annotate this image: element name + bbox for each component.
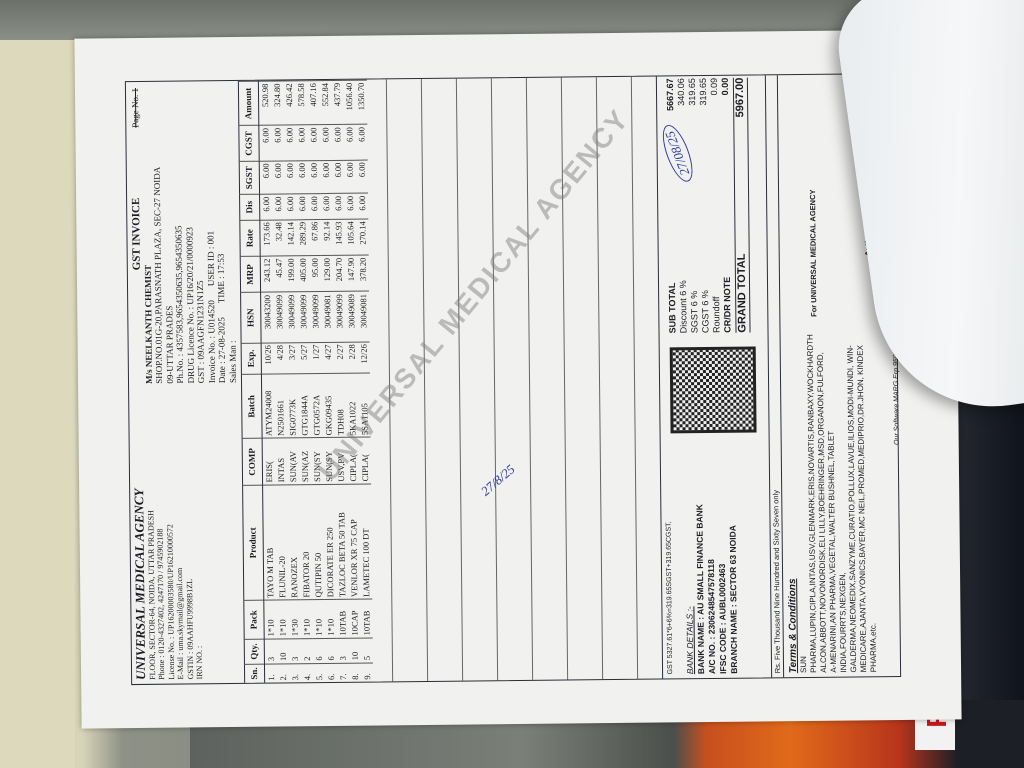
- table-cell: 6.00: [272, 194, 284, 220]
- column-header: MRP: [240, 256, 261, 293]
- column-header: Dis: [239, 194, 260, 220]
- sgst: 319.65: [687, 78, 698, 106]
- table-cell: 173.66: [260, 220, 273, 257]
- table-cell: 10: [277, 639, 289, 664]
- table-cell: 9.: [361, 663, 373, 682]
- user-id: 001: [205, 231, 215, 245]
- table-cell: SUN(AV: [287, 438, 299, 485]
- table-cell: 129.00: [321, 255, 333, 292]
- table-cell: 7.: [337, 663, 349, 682]
- table-cell: 5: [361, 638, 373, 663]
- wall-background: [0, 40, 75, 768]
- table-cell: 6.00: [259, 125, 272, 160]
- amount-in-words: Rs. Five Thousand Nine Hundred and Sixty…: [765, 75, 784, 677]
- table-cell: TAYO M TAB: [263, 485, 277, 601]
- column-header: Exp.: [241, 343, 262, 374]
- table-body: 1.31*10TAYO M TABERIS(ATYM2400810/263004…: [258, 80, 373, 683]
- table-cell: 30049099: [273, 292, 286, 342]
- table-cell: 6.00: [296, 160, 308, 194]
- buyer-block: Page No. 1 GST INVOICE M/s NEELKANTH CHE…: [130, 83, 238, 384]
- table-cell: SIG0773K: [286, 374, 299, 439]
- table-cell: 3.: [289, 663, 301, 682]
- table-cell: 30049099: [297, 292, 310, 342]
- cgst: 319.65: [698, 78, 709, 106]
- invoice-number: U014520: [206, 300, 216, 334]
- table-cell: 6.00: [308, 194, 320, 220]
- table-cell: 1/27: [310, 342, 322, 373]
- table-cell: 92.14: [320, 219, 332, 256]
- invoice-sheet: UNIVERSAL MEDICAL AGENCY FLOOR, SECTOR-6…: [115, 55, 922, 703]
- table-cell: 204.70: [333, 255, 345, 292]
- table-cell: 1*10: [300, 600, 312, 639]
- table-cell: 30049081: [321, 292, 334, 342]
- table-cell: 6.00: [307, 125, 319, 160]
- table-cell: 270.14: [356, 219, 368, 256]
- table-cell: 6.00: [355, 124, 367, 159]
- table-cell: 6.00: [260, 194, 273, 220]
- column-header: CGST: [238, 126, 259, 162]
- table-cell: 199.00: [285, 256, 297, 293]
- table-cell: 6.00: [295, 125, 307, 160]
- table-cell: 2: [301, 638, 313, 663]
- for-company: For UNIVERSAL MEDICAL AGENCY: [808, 189, 818, 316]
- table-cell: 6.: [325, 663, 337, 682]
- table-cell: 578.58: [295, 81, 307, 126]
- table-cell: 8.: [349, 663, 361, 682]
- table-cell: 4/28: [274, 342, 286, 373]
- column-header: Amount: [238, 81, 259, 126]
- table-cell: 10: [349, 638, 361, 663]
- sub-total: 5667.67: [665, 78, 676, 111]
- table-cell: 30049099: [333, 292, 346, 342]
- table-cell: SUN(AZ: [299, 438, 311, 485]
- table-cell: 6.00: [332, 160, 344, 194]
- table-cell: 1*10: [312, 600, 324, 639]
- table-cell: 407.16: [307, 81, 319, 126]
- table-cell: 552.84: [319, 80, 331, 125]
- table-cell: 1*10: [264, 600, 277, 639]
- table-cell: N2501661: [274, 374, 287, 439]
- crdr-note: 0.00: [720, 78, 731, 96]
- column-header: HSN: [240, 293, 261, 343]
- table-cell: 6.00: [259, 161, 272, 195]
- table-cell: ATYM24008: [261, 374, 274, 439]
- table-cell: 1*10: [324, 600, 336, 639]
- gst-summary-line: GST 5327.61*6+6%=319.65SGST+319.65CGST,: [665, 521, 674, 674]
- invoice-frame: UNIVERSAL MEDICAL AGENCY FLOOR, SECTOR-6…: [125, 73, 901, 685]
- table-cell: 30049099: [309, 292, 322, 342]
- table-cell: 6.00: [356, 193, 368, 219]
- table-cell: 6: [325, 638, 337, 663]
- table-cell: 6.00: [271, 125, 283, 160]
- page-number: Page No. 1: [130, 88, 141, 128]
- table-cell: 10TAB: [360, 599, 372, 638]
- column-header: Product: [242, 485, 264, 601]
- bank-name: BANK NAME : AU SMALL FINANCE BANK: [694, 504, 707, 674]
- items-table: Sn.Qty.PackProductCOMPBatchExp.HSNMRPRat…: [238, 80, 373, 683]
- table-cell: 95.00: [309, 256, 321, 293]
- column-header: COMP: [242, 439, 263, 486]
- table-cell: 6.00: [344, 160, 356, 194]
- table-cell: 6.00: [320, 194, 332, 220]
- table-cell: 426.42: [283, 81, 295, 126]
- branch-name: BRANCH NAME : SECTOR 63 NOIDA: [727, 504, 740, 674]
- column-header: Pack: [243, 600, 264, 639]
- table-cell: 3/27: [286, 342, 298, 373]
- column-header: Qty.: [244, 639, 265, 664]
- table-cell: 32.48: [272, 220, 284, 257]
- table-cell: 6.00: [343, 125, 355, 160]
- table-cell: 30043200: [261, 293, 274, 343]
- table-cell: 3: [264, 639, 277, 664]
- table-cell: 6.00: [272, 161, 284, 195]
- table-cell: 10CAP: [348, 599, 360, 638]
- table-cell: 6.00: [332, 193, 344, 219]
- table-cell: 6.00: [331, 125, 343, 160]
- table-cell: 6.00: [319, 125, 331, 160]
- table-cell: 67.86: [308, 219, 320, 256]
- discount: 340.06: [676, 78, 687, 106]
- table-cell: GTG1844A: [298, 373, 311, 438]
- table-cell: 1056.40: [343, 80, 355, 125]
- table-cell: 30049099: [285, 292, 298, 342]
- table-cell: 378.20: [357, 255, 369, 292]
- seller-block: UNIVERSAL MEDICAL AGENCY FLOOR, SECTOR-6…: [133, 389, 205, 680]
- table-cell: GTG0572A: [310, 373, 323, 438]
- grand-total: 5967.00: [735, 78, 746, 118]
- table-cell: 30049089: [345, 292, 358, 342]
- totals-block: SUB TOTAL5667.67 Discount 6 %340.06 SGST…: [665, 78, 751, 334]
- invoice-date: 27-08-2025: [216, 317, 226, 359]
- table-cell: 5/27: [298, 342, 310, 373]
- table-cell: GKG09435: [322, 373, 335, 438]
- table-cell: 437.79: [331, 80, 343, 125]
- table-cell: 147.90: [345, 255, 357, 292]
- table-cell: 6.00: [296, 194, 308, 220]
- table-cell: 6.00: [284, 194, 296, 220]
- table-cell: 12/26: [358, 342, 370, 373]
- table-cell: 10/26: [261, 343, 274, 374]
- invoice-time: 17:53: [216, 254, 226, 275]
- table-cell: 405.00: [297, 256, 309, 293]
- table-cell: INTAS: [275, 438, 287, 485]
- qr-code: [670, 347, 757, 434]
- column-header: Rate: [239, 220, 260, 257]
- table-cell: 6.00: [320, 160, 332, 194]
- table-cell: 2.: [277, 663, 289, 682]
- table-cell: 2/28: [346, 342, 358, 373]
- empty-rows: [386, 77, 662, 682]
- table-cell: 145.93: [332, 219, 344, 256]
- table-cell: 5.: [313, 663, 325, 682]
- table-cell: 1350.70: [355, 80, 367, 125]
- table-cell: 324.80: [271, 81, 283, 126]
- table-cell: 6.00: [344, 193, 356, 219]
- table-cell: 105.64: [344, 219, 356, 256]
- table-cell: 2/27: [334, 342, 346, 373]
- table-cell: 520.98: [258, 81, 271, 126]
- terms-conditions: Terms & Conditions SUN PHARMA,LUPIN,CIPL…: [786, 342, 879, 673]
- seller-name: UNIVERSAL MEDICAL AGENCY: [133, 390, 146, 680]
- table-cell: 6.00: [283, 125, 295, 160]
- table-cell: 6.00: [284, 161, 296, 195]
- roundoff: 0.09: [709, 78, 720, 96]
- table-cell: 4.: [301, 663, 313, 682]
- column-header: SGST: [239, 161, 260, 195]
- bank-details: BANK DETAILS :- BANK NAME : AU SMALL FIN…: [683, 504, 740, 675]
- invoice-paper: UNIVERSAL MEDICAL AGENCY FLOOR, SECTOR-6…: [74, 29, 961, 728]
- column-header: Sn.: [244, 664, 265, 683]
- table-cell: 142.14: [284, 219, 296, 256]
- table-cell: 3: [337, 638, 349, 663]
- table-cell: ERIS(: [262, 438, 275, 485]
- table-cell: 6.00: [356, 160, 368, 194]
- table-cell: 10TAB: [336, 600, 348, 639]
- invoice-header: UNIVERSAL MEDICAL AGENCY FLOOR, SECTOR-6…: [126, 81, 245, 684]
- table-cell: 1.: [264, 664, 277, 683]
- table-cell: 30049081: [357, 292, 370, 342]
- table-cell: 6: [313, 638, 325, 663]
- table-cell: 4/27: [322, 342, 334, 373]
- table-cell: 243.12: [260, 256, 273, 293]
- table-cell: 6.00: [308, 160, 320, 194]
- column-header: Batch: [241, 374, 262, 439]
- table-cell: 289.29: [296, 219, 308, 256]
- table-cell: 3: [289, 639, 301, 664]
- table-cell: 1*10: [276, 600, 288, 639]
- table-cell: LAMETEC 100 DT: [359, 484, 372, 600]
- table-cell: 1*30: [288, 600, 300, 639]
- table-cell: 45.47: [273, 256, 285, 293]
